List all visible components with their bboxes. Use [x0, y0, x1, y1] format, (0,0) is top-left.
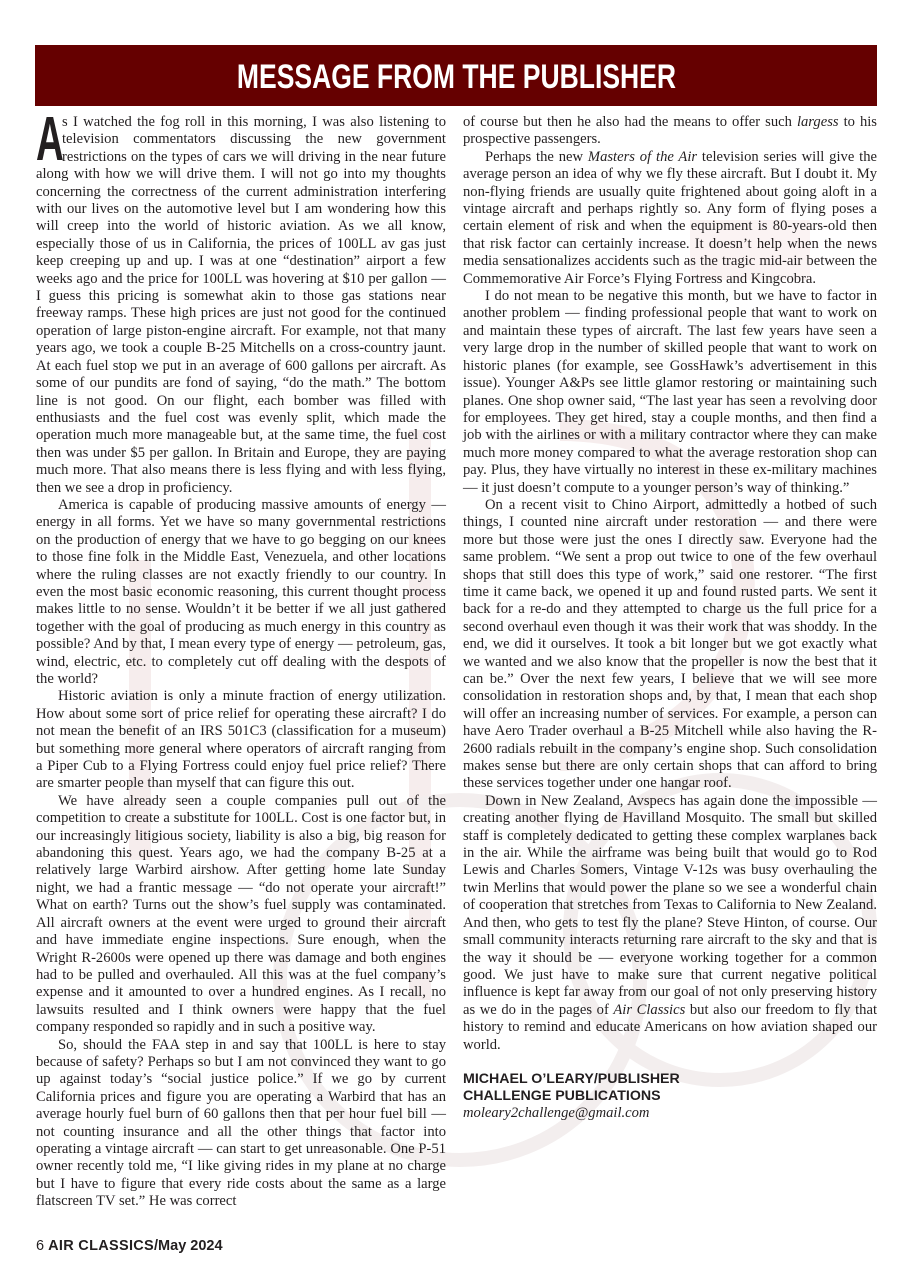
article-paragraph: America is capable of producing massive …: [36, 497, 446, 688]
author-name: MICHAEL O’LEARY/PUBLISHER: [463, 1071, 877, 1088]
article-paragraph: Historic aviation is only a minute fract…: [36, 688, 446, 792]
article-left-column: As I watched the fog roll in this mornin…: [36, 114, 446, 1211]
article-paragraph: of course but then he also had the means…: [463, 114, 877, 149]
article-right-column: of course but then he also had the means…: [463, 114, 877, 1122]
article-paragraph: I do not mean to be negative this month,…: [463, 288, 877, 497]
article-paragraph: So, should the FAA step in and say that …: [36, 1037, 446, 1211]
author-email[interactable]: moleary2challenge@gmail.com: [463, 1105, 877, 1122]
drop-cap: A: [36, 116, 50, 166]
article-paragraph: Perhaps the new Masters of the Air telev…: [463, 149, 877, 288]
page-footer: 6 AIR CLASSICS/May 2024: [36, 1238, 223, 1254]
magazine-name: AIR CLASSICS: [48, 1238, 154, 1254]
publisher-name: CHALLENGE PUBLICATIONS: [463, 1088, 877, 1105]
page-number: 6: [36, 1238, 44, 1254]
article-paragraph: On a recent visit to Chino Airport, admi…: [463, 497, 877, 793]
article-paragraph: Down in New Zealand, Avspecs has again d…: [463, 793, 877, 1054]
article-paragraph: As I watched the fog roll in this mornin…: [36, 114, 446, 497]
section-title: MESSAGE FROM THE PUBLISHER: [236, 58, 675, 94]
article-paragraph: We have already seen a couple companies …: [36, 793, 446, 1037]
signature-block: MICHAEL O’LEARY/PUBLISHER CHALLENGE PUBL…: [463, 1071, 877, 1122]
section-header-bar: MESSAGE FROM THE PUBLISHER: [35, 45, 877, 106]
issue-date: /May 2024: [154, 1238, 223, 1254]
